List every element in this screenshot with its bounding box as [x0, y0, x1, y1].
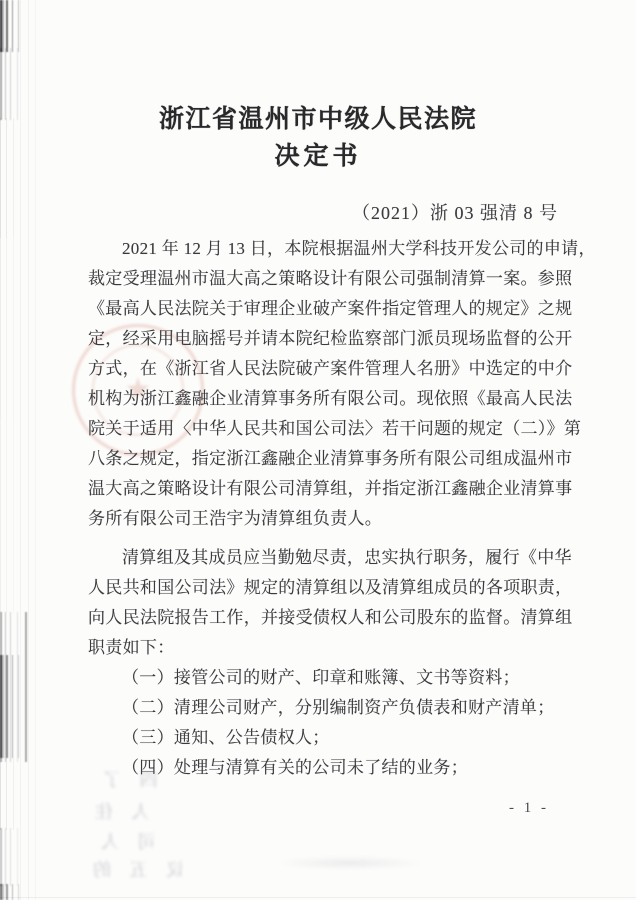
body-line: 温大高之策略设计有限公司清算组，并指定浙江鑫融企业清算事 [88, 474, 588, 504]
body-line: 向人民法院报告工作，并接受债权人和公司股东的监督。清算组 [88, 603, 588, 633]
body-line: 清算组及其成员应当勤勉尽责，忠实执行职务，履行《中华 [88, 543, 588, 573]
body-line: 定，经采用电脑摇号并请本院纪检监察部门派员现场监督的公开 [88, 324, 588, 354]
body-line: 2021 年 12 月 13 日，本院根据温州大学科技开发公司的申请， [88, 234, 588, 264]
body-line: 《最高人民法院关于审理企业破产案件指定管理人的规定》之规 [88, 294, 588, 324]
scan-edge-artifact-top [0, 0, 26, 52]
body-line: 机构为浙江鑫融企业清算事务所有限公司。现依照《最高人民法 [88, 384, 588, 414]
title-block: 浙江省温州市中级人民法院 决定书 [0, 101, 636, 175]
scan-smudge [275, 856, 425, 870]
case-number: （2021）浙 03 强清 8 号 [352, 199, 558, 225]
duty-item-1: （一）接管公司的财产、印章和账簿、文书等资料； [88, 663, 588, 693]
bleed-through-mark: 人 住 [88, 798, 150, 824]
page-number: - 1 - [509, 800, 549, 817]
bleed-through-mark: 司 人 [94, 828, 156, 854]
document-type-title: 决定书 [0, 138, 636, 175]
duty-item-3: （三）通知、公告债权人； [88, 723, 588, 753]
duty-item-2: （二）清理公司财产，分别编制资产负债表和财产清单； [88, 693, 588, 723]
document-body: 2021 年 12 月 13 日，本院根据温州大学科技开发公司的申请， 裁定受理… [88, 234, 588, 783]
scan-edge-artifact [0, 828, 22, 886]
scan-edge-artifact [0, 238, 18, 418]
bleed-through-mark: 议 五 的 [86, 856, 184, 882]
document-page: ★ 浙江省温州市中级人民法院 决定书 （2021）浙 03 强清 8 号 202… [0, 0, 636, 900]
body-line: 职责如下： [88, 633, 588, 663]
scan-edge-artifact [0, 758, 20, 830]
body-line: 裁定受理温州市温大高之策略设计有限公司强制清算一案。参照 [88, 264, 588, 294]
scan-edge-artifact [0, 418, 18, 613]
duty-item-4: （四）处理与清算有关的公司未了结的业务； [88, 753, 588, 783]
scan-bottom-line [0, 897, 636, 898]
body-line: 方式，在《浙江省人民法院破产案件管理人名册》中选定的中介 [88, 354, 588, 384]
scan-edge-artifact-mid [0, 655, 26, 758]
court-name: 浙江省温州市中级人民法院 [0, 101, 636, 138]
body-line: 人民共和国公司法》规定的清算组以及清算组成员的各项职责， [88, 573, 588, 603]
body-line: 院关于适用〈中华人民共和国公司法〉若干问题的规定（二）》第 [88, 414, 588, 444]
body-line: 务所有限公司王浩宇为清算组负责人。 [88, 504, 588, 534]
scan-edge-artifact-mid [0, 612, 30, 762]
body-line: 八条之规定，指定浙江鑫融企业清算事务所有限公司组成温州市 [88, 444, 588, 474]
